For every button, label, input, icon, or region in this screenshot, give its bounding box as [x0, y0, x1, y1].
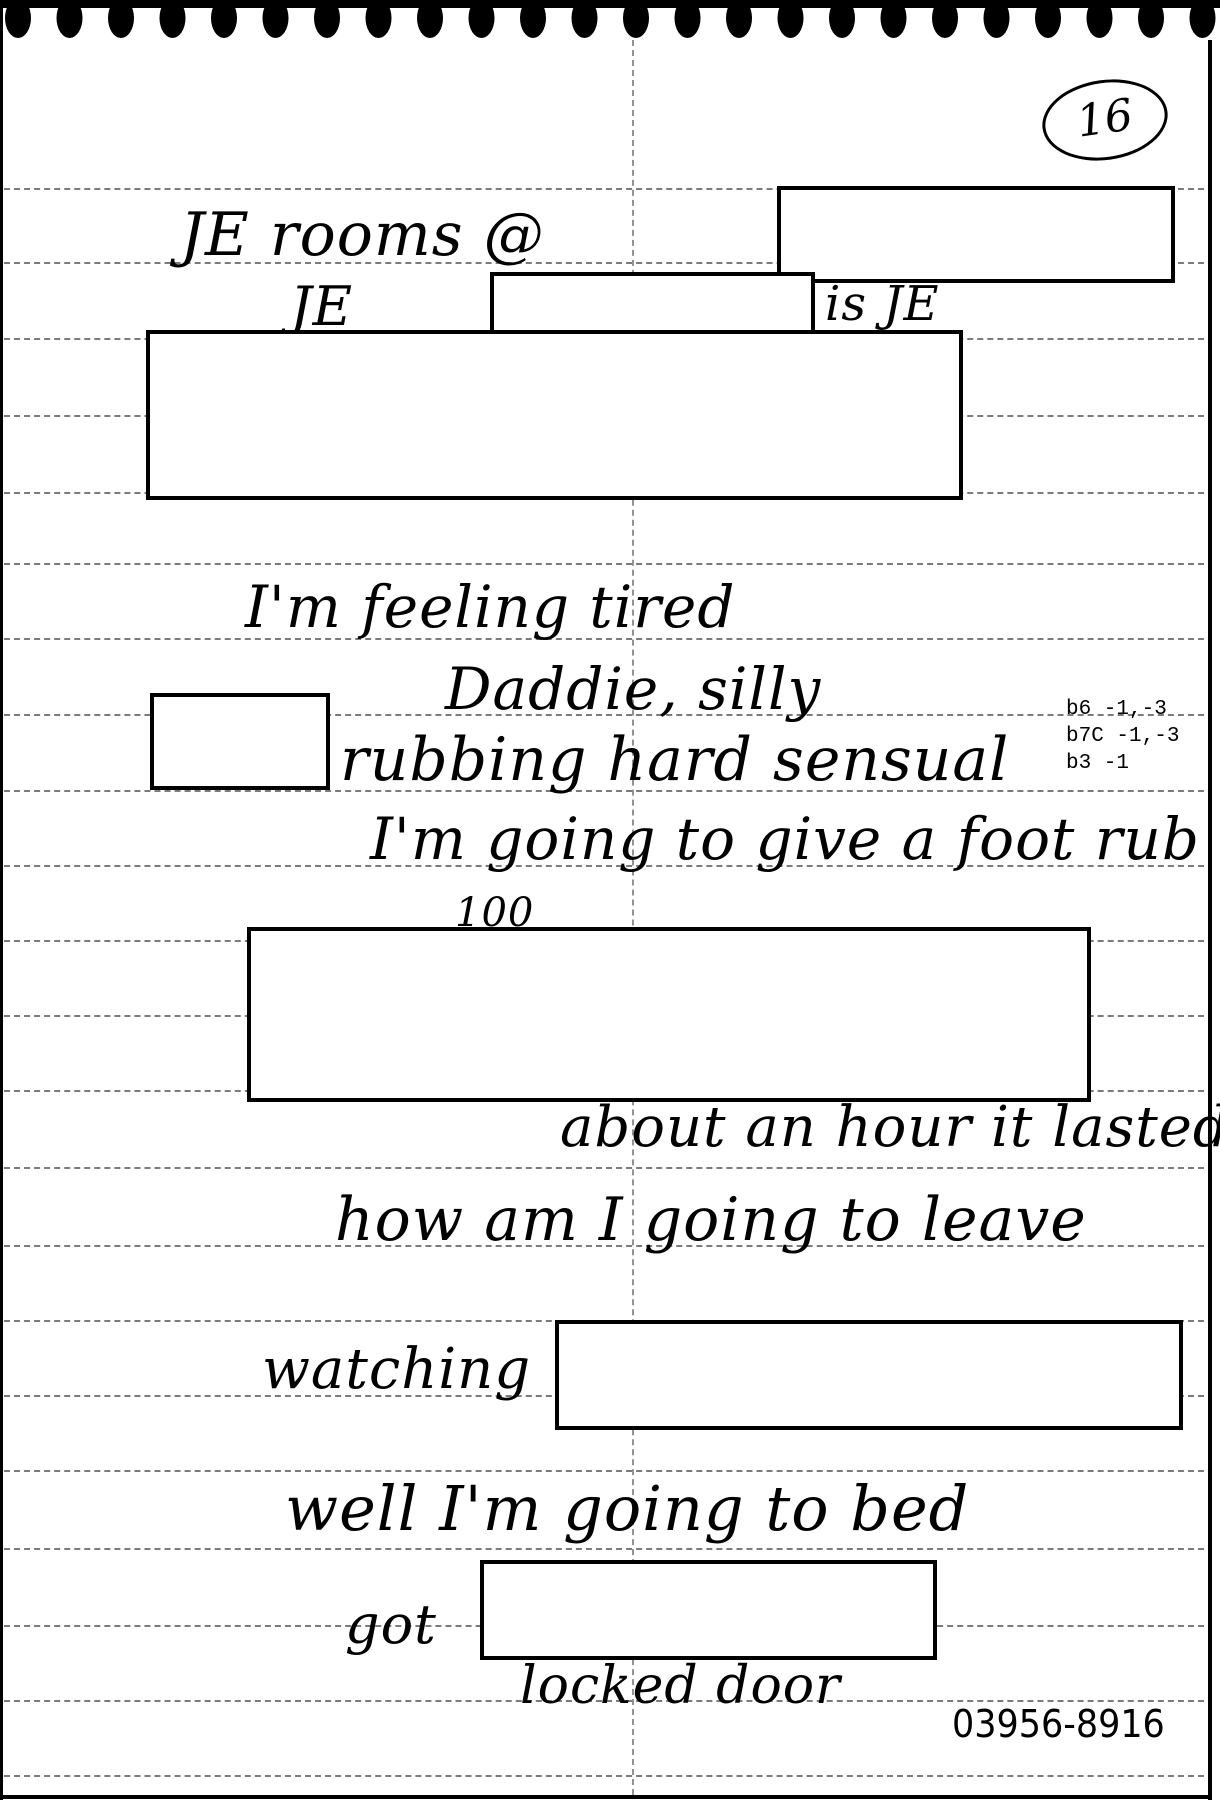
- redaction-box-3: [146, 330, 963, 500]
- ruled-line: [4, 1775, 1204, 1777]
- handwriting-line-9: how am I going to leave: [335, 1190, 1087, 1250]
- handwriting-line-5: rubbing hard sensual: [340, 730, 1009, 790]
- handwriting-line-8: about an hour it lasted: [560, 1100, 1220, 1156]
- handwriting-line-3: I'm feeling tired: [245, 578, 735, 636]
- handwriting-line-2a: JE: [290, 280, 353, 334]
- exemption-code: b3 -1: [1066, 750, 1179, 777]
- handwriting-line-6: I'm going to give a foot rub: [370, 810, 1200, 868]
- redaction-box-4: [150, 693, 330, 790]
- redaction-box-7: [480, 1560, 937, 1660]
- redaction-box-6: [555, 1320, 1183, 1430]
- foia-exemption-codes: b6 -1,-3 b7C -1,-3 b3 -1: [1066, 696, 1179, 777]
- handwriting-line-4: Daddie, silly: [445, 660, 821, 718]
- handwriting-line-1: JE rooms @: [180, 205, 545, 265]
- ruled-line: [4, 1548, 1204, 1550]
- bates-number: 03956-8916: [952, 1702, 1165, 1746]
- spiral-binding: [0, 0, 1220, 40]
- page-edge-bottom: [0, 1795, 1212, 1799]
- page-edge-right: [1208, 40, 1212, 1800]
- exemption-code: b6 -1,-3: [1066, 696, 1179, 723]
- handwriting-line-12: got: [345, 1598, 437, 1652]
- circled-page-number: 16: [1037, 72, 1173, 169]
- exemption-code: b7C -1,-3: [1066, 723, 1179, 750]
- handwriting-line-11: well I'm going to bed: [285, 1478, 969, 1540]
- redaction-box-1: [777, 186, 1175, 283]
- handwriting-line-2b: is JE: [825, 280, 940, 328]
- ruled-line: [4, 1167, 1204, 1169]
- handwriting-line-10: watching: [262, 1342, 531, 1398]
- handwriting-line-13: locked door: [520, 1660, 841, 1712]
- notebook-page: 16 JE rooms @ JE is JE I'm feeling tired…: [0, 0, 1220, 1800]
- ruled-line: [4, 563, 1204, 565]
- redaction-box-5: [247, 927, 1091, 1102]
- page-edge-left: [0, 0, 3, 1800]
